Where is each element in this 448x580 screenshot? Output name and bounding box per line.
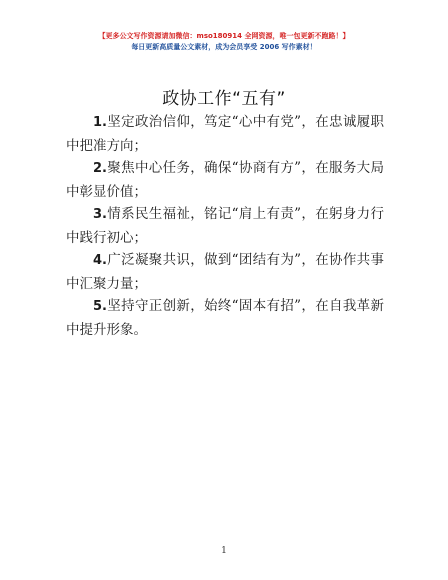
paragraph-4: 4.广泛凝聚共识，做到“团结有为”，在协作共事中汇聚力量； — [66, 249, 384, 295]
promo-line-blue: 每日更新高质量公文素材，成为会员享受 2006 写作素材！ — [0, 42, 448, 52]
paragraph-text: 坚持守正创新，始终“固本有招”，在自我革新中提升形象。 — [66, 298, 384, 338]
paragraph-text: 广泛凝聚共识，做到“团结有为”，在协作共事中汇聚力量； — [66, 252, 384, 292]
promo-line-red: 【更多公文写作资源请加微信：mso180914 全网资源，唯一包更新不跑路！】 — [0, 31, 448, 41]
paragraph-number: 5. — [93, 299, 107, 314]
promo-header: 【更多公文写作资源请加微信：mso180914 全网资源，唯一包更新不跑路！】 … — [0, 31, 448, 52]
paragraph-number: 3. — [93, 207, 107, 222]
paragraph-3: 3.情系民生福祉，铭记“肩上有责”，在躬身力行中践行初心； — [66, 203, 384, 249]
paragraph-text: 聚焦中心任务，确保“协商有方”，在服务大局中彰显价值； — [66, 160, 384, 200]
paragraph-number: 2. — [93, 161, 107, 176]
paragraph-number: 4. — [93, 253, 107, 268]
paragraph-5: 5.坚持守正创新，始终“固本有招”，在自我革新中提升形象。 — [66, 295, 384, 341]
document-body: 1.坚定政治信仰，笃定“心中有党”，在忠诚履职中把准方向； 2.聚焦中心任务，确… — [66, 111, 384, 341]
page-number: 1 — [0, 546, 448, 556]
paragraph-text: 情系民生福祉，铭记“肩上有责”，在躬身力行中践行初心； — [66, 206, 384, 246]
document-title: 政协工作“五有” — [0, 84, 448, 109]
paragraph-text: 坚定政治信仰，笃定“心中有党”，在忠诚履职中把准方向； — [66, 114, 384, 154]
paragraph-1: 1.坚定政治信仰，笃定“心中有党”，在忠诚履职中把准方向； — [66, 111, 384, 157]
paragraph-number: 1. — [93, 115, 107, 130]
paragraph-2: 2.聚焦中心任务，确保“协商有方”，在服务大局中彰显价值； — [66, 157, 384, 203]
